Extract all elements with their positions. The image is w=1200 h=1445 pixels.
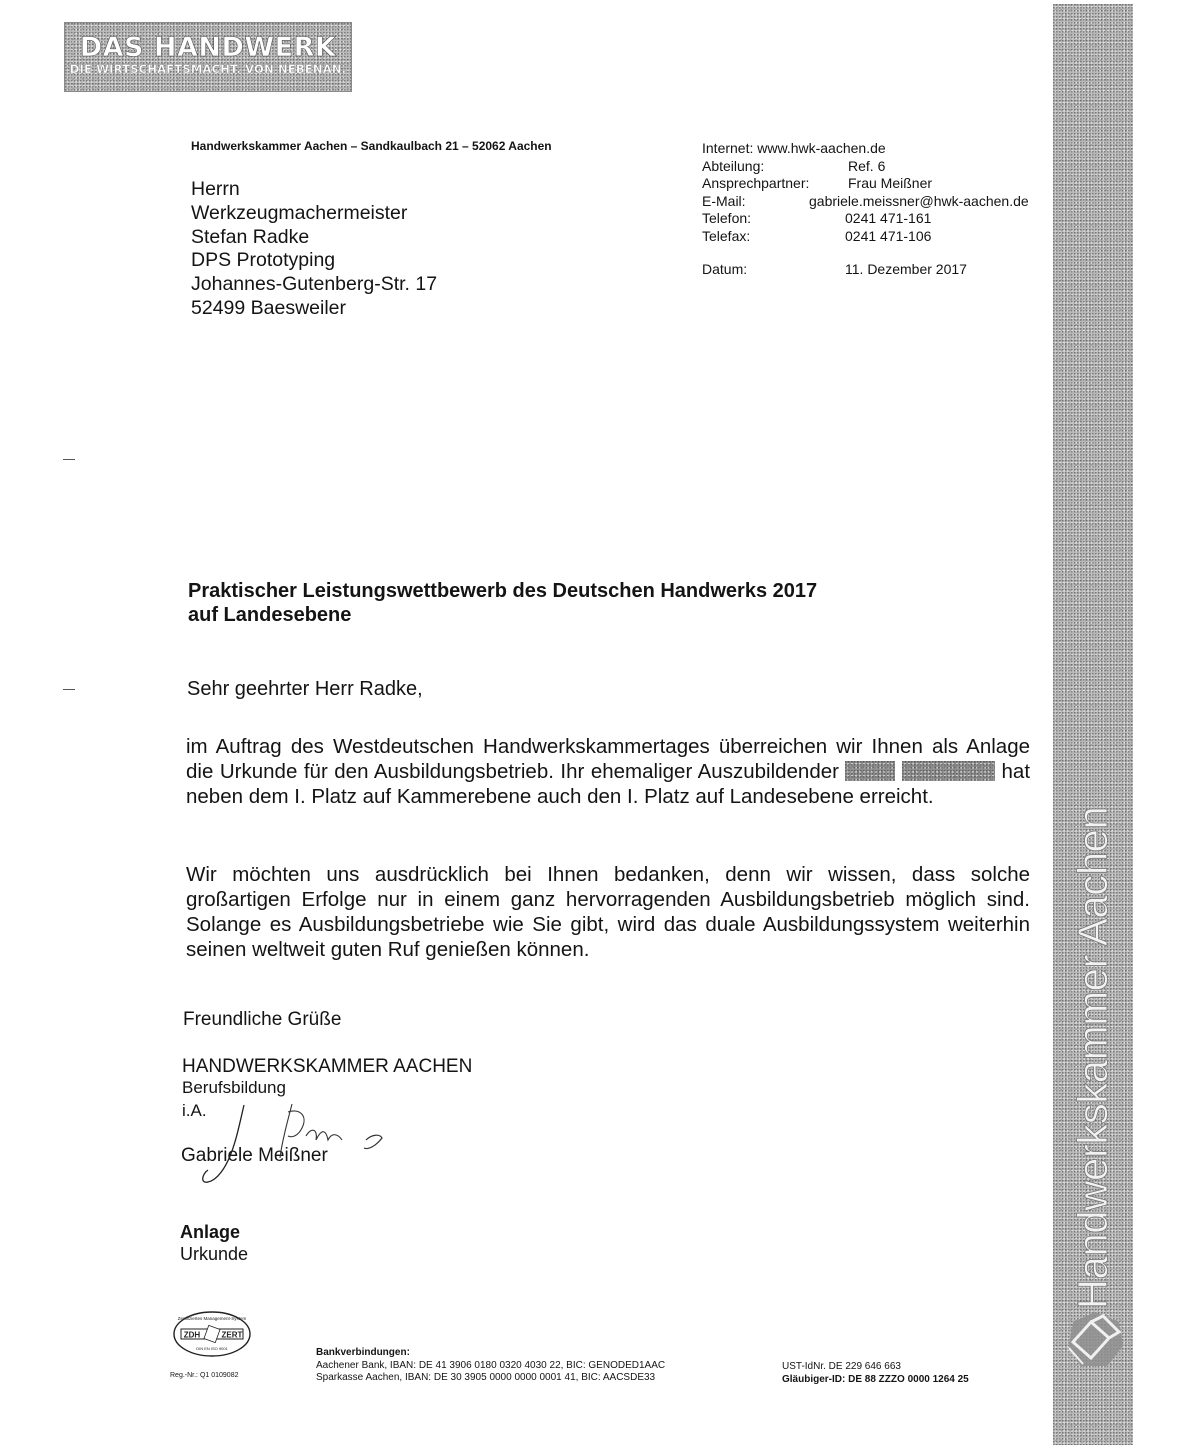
das-handwerk-logo: DAS HANDWERK DIE WIRTSCHAFTSMACHT. VON N… xyxy=(64,22,352,92)
contact-label: Abteilung: xyxy=(702,158,764,176)
subject-line: Praktischer Leistungswettbewerb des Deut… xyxy=(188,579,817,603)
contact-label: Telefon: xyxy=(702,210,751,228)
salutation: Sehr geehrter Herr Radke, xyxy=(187,678,423,701)
enclosure-heading: Anlage xyxy=(180,1222,240,1243)
paragraph-text: Wir möchten uns ausdrücklich bei Ihnen b… xyxy=(186,862,1030,962)
svg-text:Zertifiziertes Management-Syst: Zertifiziertes Management-System xyxy=(178,1316,247,1321)
contact-value: 0241 471-161 xyxy=(845,210,931,228)
hwk-cube-logo-icon xyxy=(1063,1308,1127,1372)
side-stripe-text: Handwerkskammer Aachen xyxy=(1069,807,1117,1310)
contact-value: Ref. 6 xyxy=(848,158,885,176)
email-link[interactable]: gabriele.meissner@hwk-aachen.de xyxy=(809,193,1029,211)
contact-value: Frau Meißner xyxy=(848,175,932,193)
department-name: Berufsbildung xyxy=(182,1078,286,1098)
svg-text:ZERT: ZERT xyxy=(222,1331,243,1340)
bank-line: Aachener Bank, IBAN: DE 41 3906 0180 032… xyxy=(316,1360,665,1373)
creditor-id: Gläubiger-ID: DE 88 ZZZO 0000 1264 25 xyxy=(782,1374,969,1387)
sender-address-line: Handwerkskammer Aachen – Sandkaulbach 21… xyxy=(191,139,552,153)
recipient-line: DPS Prototyping xyxy=(191,249,437,273)
recipient-line: 52499 Baesweiler xyxy=(191,297,437,321)
internet-text: Internet: www.hwk-aachen.de xyxy=(702,140,886,158)
date-value: 11. Dezember 2017 xyxy=(845,261,967,277)
fold-mark xyxy=(63,459,75,460)
date-label: Datum: xyxy=(702,261,747,277)
logo-title: DAS HANDWERK xyxy=(65,32,351,63)
recipient-line: Herrn xyxy=(191,178,437,202)
vat-id: UST-IdNr. DE 229 646 663 xyxy=(782,1361,969,1374)
date-row: Datum: 11. Dezember 2017 xyxy=(702,261,747,277)
certificate-reg-number: Reg.-Nr.: Q1 0109082 xyxy=(170,1372,239,1379)
redaction-block xyxy=(902,761,995,781)
zdh-zert-certificate-icon: Zertifiziertes Management-System ZDH ZER… xyxy=(172,1310,252,1358)
recipient-line: Stefan Radke xyxy=(191,226,437,250)
recipient-line: Johannes-Gutenberg-Str. 17 xyxy=(191,273,437,297)
closing-greeting: Freundliche Grüße xyxy=(183,1009,341,1031)
contact-label: Telefax: xyxy=(702,228,750,246)
svg-text:ZDH: ZDH xyxy=(184,1331,201,1340)
bank-line: Sparkasse Aachen, IBAN: DE 30 3905 0000 … xyxy=(316,1372,665,1385)
handwritten-signature-icon xyxy=(196,1100,396,1190)
subject: Praktischer Leistungswettbewerb des Deut… xyxy=(188,579,817,627)
body-paragraph-1: im Auftrag des Westdeutschen Handwerkska… xyxy=(186,734,1030,809)
bank-details: Bankverbindungen: Aachener Bank, IBAN: D… xyxy=(316,1347,665,1385)
recipient-address: Herrn Werkzeugmachermeister Stefan Radke… xyxy=(191,178,437,321)
bank-heading: Bankverbindungen: xyxy=(316,1347,665,1360)
redaction-block xyxy=(845,761,895,781)
recipient-line: Werkzeugmachermeister xyxy=(191,202,437,226)
enclosure-item: Urkunde xyxy=(180,1244,248,1265)
contact-value: 0241 471-106 xyxy=(845,228,931,246)
logo-tagline: DIE WIRTSCHAFTSMACHT. VON NEBENAN. xyxy=(65,62,351,76)
subject-line: auf Landesebene xyxy=(188,603,817,627)
fold-mark xyxy=(63,689,75,690)
svg-text:DIN EN ISO 9001: DIN EN ISO 9001 xyxy=(196,1346,228,1351)
body-paragraph-2: Wir möchten uns ausdrücklich bei Ihnen b… xyxy=(186,862,1030,962)
tax-ids: UST-IdNr. DE 229 646 663 Gläubiger-ID: D… xyxy=(782,1361,969,1386)
organization-name: HANDWERKSKAMMER AACHEN xyxy=(182,1056,472,1078)
contact-label: Ansprechpartner: xyxy=(702,175,809,193)
contact-label: E-Mail: xyxy=(702,193,746,211)
